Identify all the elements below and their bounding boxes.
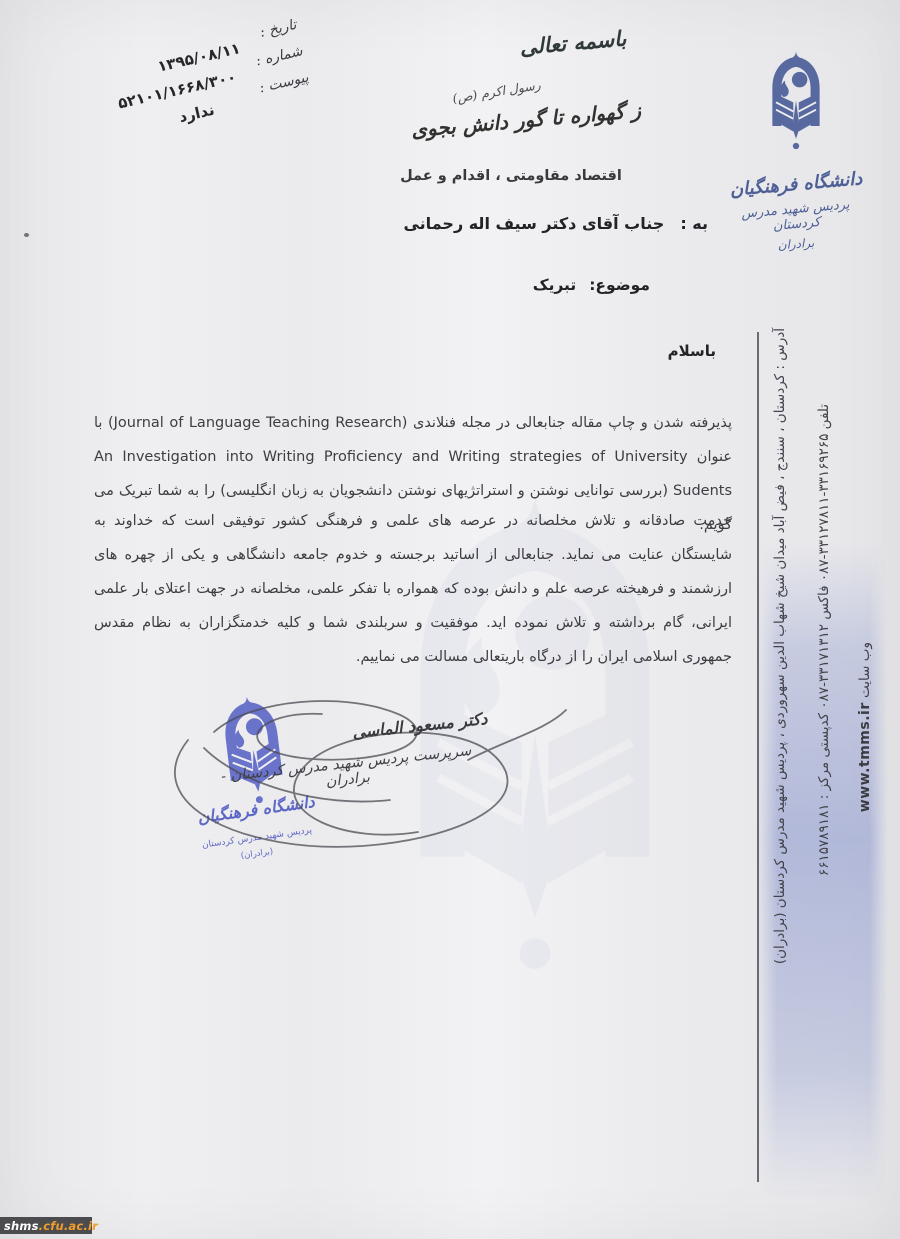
salutation: باسلام <box>668 342 716 360</box>
signer-name: دکتر مسعود الماسی <box>351 709 488 742</box>
stamp-campus-text: پردیس شهید مدرس کردستان <box>196 825 318 852</box>
bismillah-calligraphy: باسمه تعالی <box>497 24 649 62</box>
watermark-site-suffix: .cfu.ac.ir <box>39 1219 98 1233</box>
website-label: وب سایت <box>857 642 873 698</box>
source-watermark-bar: shms .cfu.ac.ir <box>0 1217 92 1234</box>
university-logo-icon <box>747 46 845 166</box>
attachment-value: ندارد <box>177 101 216 127</box>
hadith-calligraphy: ز گهواره تا گور دانش بجوی <box>397 97 654 143</box>
scan-speck <box>24 233 29 237</box>
hadith-attribution: رسول اکرم (ص) <box>451 77 541 106</box>
sidebar-divider-line <box>757 332 759 1182</box>
body-paragraph-2: خدمت صادقانه و تلاش مخلصانه در عرصه های … <box>94 504 732 674</box>
subject-value: تبریک <box>533 276 576 294</box>
subject-label: موضوع: <box>589 276 650 294</box>
sidebar-website: وب سایت www.tmms.ir <box>853 642 877 877</box>
sidebar-phone-fax: تلفن ۳۳۱۶۹۲۶۵-۳۳۱۲۷۸۱۱-۰۸۷ فاکس ۳۳۱۷۱۳۱۲… <box>812 404 836 1114</box>
letter-meta-block: تاریخ : ۱۳۹۵/۰۸/۱۱ شماره : ۵۲۱۰۱/۱۶۶۸/۳۰… <box>68 15 312 146</box>
to-value: جناب آقای دکتر سیف اله رحمانی <box>403 214 664 233</box>
date-label: تاریخ : <box>258 17 298 41</box>
scanned-letter-page: تاریخ : ۱۳۹۵/۰۸/۱۱ شماره : ۵۲۱۰۱/۱۶۶۸/۳۰… <box>0 0 900 1239</box>
sidebar-address: آدرس : کردستان ، سنندج ، فیض آباد میدان … <box>768 328 792 1178</box>
stamp-branch-text: (برادران) <box>224 844 291 863</box>
to-label: به : <box>680 214 708 233</box>
website-url: www.tmms.ir <box>857 702 873 812</box>
recipient-line: به : جناب آقای دکتر سیف اله رحمانی <box>403 214 708 233</box>
year-slogan: اقتصاد مقاومتی ، اقدام و عمل <box>368 168 654 184</box>
watermark-site-prefix: shms <box>4 1219 39 1233</box>
subject-line: موضوع: تبریک <box>533 276 650 294</box>
university-brand-block: دانشگاه فرهنگیان پردیس شهید مدرس کردستان… <box>718 46 874 251</box>
